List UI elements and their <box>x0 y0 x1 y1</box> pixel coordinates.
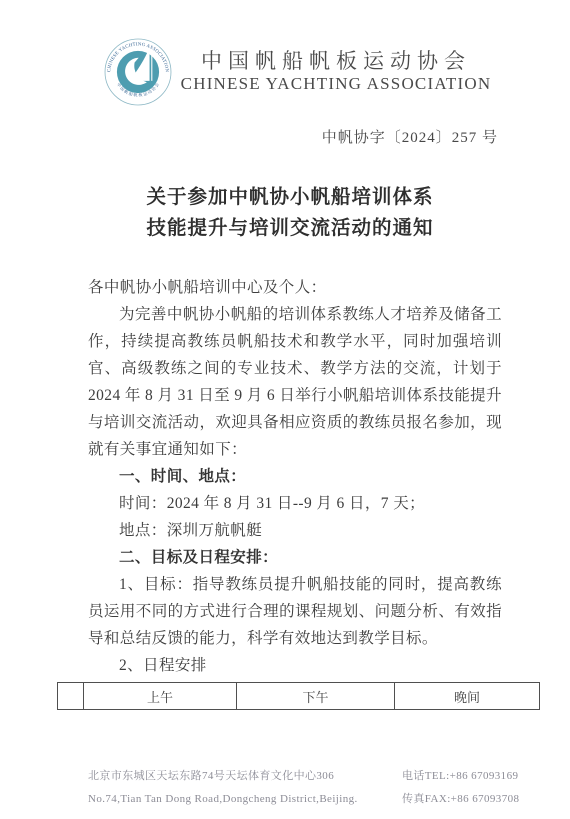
doc-number: 中帆协字〔2024〕257 号 <box>322 126 498 147</box>
org-name-cn: 中国帆船帆板运动协会 <box>180 45 492 75</box>
salutation: 各中帆协小帆船培训中心及个人： <box>88 274 502 301</box>
table-header-morning: 上午 <box>84 683 237 710</box>
place-line: 地点：深圳万航帆艇 <box>88 517 502 544</box>
document-body: 各中帆协小帆船培训中心及个人： 为完善中帆协小帆船的培训体系教练人才培养及储备工… <box>88 274 502 679</box>
cya-logo-icon: CHINESE YACHTING ASSOCIATION 中 国 帆 船 帆 板… <box>104 38 172 106</box>
schedule-table: 上午 下午 晚间 <box>57 682 540 710</box>
footer-address-en: No.74,Tian Tan Dong Road,Dongcheng Distr… <box>88 788 358 811</box>
org-name-en: CHINESE YACHTING ASSOCIATION <box>180 74 492 94</box>
intro-paragraph: 为完善中帆协小帆船的培训体系教练人才培养及储备工作，持续提高教练员帆船技术和教学… <box>88 301 502 463</box>
document-title-line1: 关于参加中帆协小帆船培训体系 <box>80 182 500 213</box>
document-title-line2: 技能提升与培训交流活动的通知 <box>80 213 500 244</box>
logo-mast-shape <box>151 49 152 81</box>
footer-contact: 电话TEL:+86 67093169 传真FAX:+86 67093708 <box>402 765 519 811</box>
table-header-row: 上午 下午 晚间 <box>58 683 540 710</box>
table-header-afternoon: 下午 <box>237 683 395 710</box>
footer-tel: 电话TEL:+86 67093169 <box>402 765 519 788</box>
footer-address: 北京市东城区天坛东路74号天坛体育文化中心306 No.74,Tian Tan … <box>88 765 358 811</box>
goal-paragraph: 1、目标：指导教练员提升帆船技能的同时，提高教练员运用不同的方式进行合理的课程规… <box>88 571 502 652</box>
document-page: CHINESE YACHTING ASSOCIATION 中 国 帆 船 帆 板… <box>0 0 570 819</box>
table-header-evening: 晚间 <box>395 683 540 710</box>
footer-fax: 传真FAX:+86 67093708 <box>402 788 519 811</box>
section1-heading: 一、时间、地点： <box>88 463 502 490</box>
time-line: 时间：2024 年 8 月 31 日--9 月 6 日，7 天； <box>88 490 502 517</box>
document-title: 关于参加中帆协小帆船培训体系 技能提升与培训交流活动的通知 <box>80 182 500 244</box>
table-header-blank <box>58 683 84 710</box>
footer-address-cn: 北京市东城区天坛东路74号天坛体育文化中心306 <box>88 765 358 788</box>
schedule-label: 2、日程安排 <box>88 652 502 679</box>
section2-heading: 二、目标及日程安排： <box>88 544 502 571</box>
